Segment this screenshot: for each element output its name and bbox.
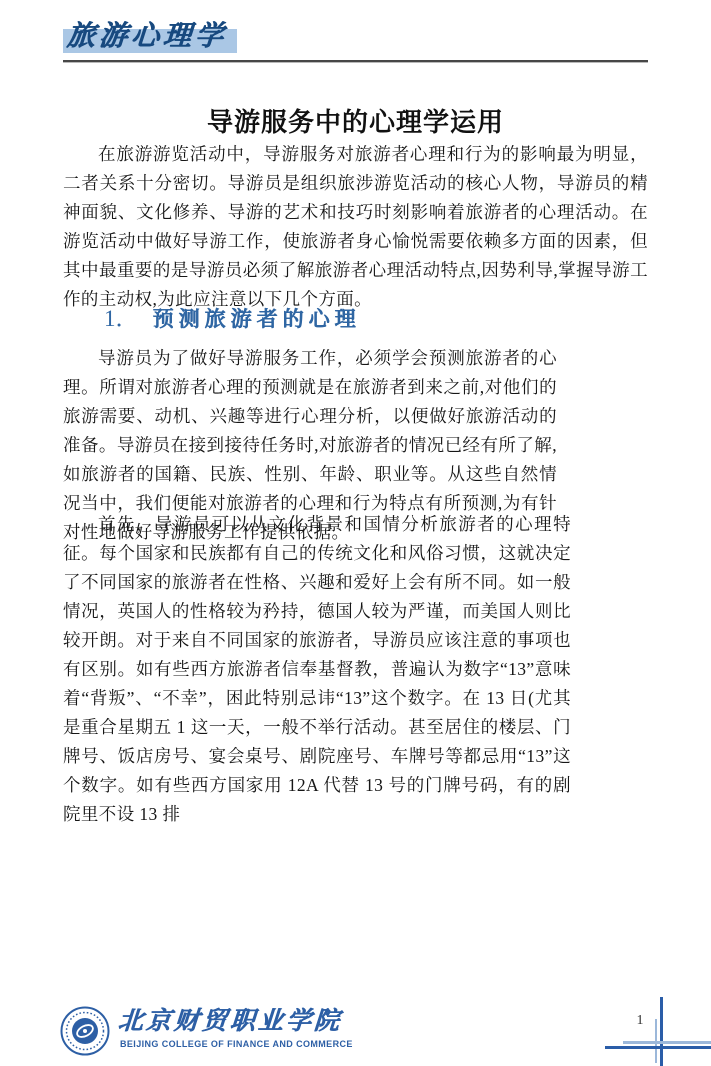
body-paragraph-intro: 在旅游游览活动中，导游服务对旅游者心理和行为的影响最为明显，二者关系十分密切。导…: [63, 140, 648, 314]
header-divider: [63, 60, 648, 63]
college-name-chinese: 北京财贸职业学院: [117, 1001, 344, 1037]
page-title: 导游服务中的心理学运用: [0, 102, 711, 139]
college-emblem-icon: [60, 1006, 110, 1056]
section-title: 预测旅游者的心理: [153, 306, 361, 331]
corner-vertical-line-dark: [660, 997, 663, 1066]
corner-horizontal-line-light: [623, 1041, 711, 1044]
body-paragraph-culture: 首先，导游员可以从文化背景和国情分析旅游者的心理特征。每个国家和民族都有自己的传…: [63, 510, 571, 829]
section-heading: 1．预测旅游者的心理: [104, 300, 361, 333]
section-number: 1．: [104, 306, 139, 331]
document-page: 旅游心理学 导游服务中的心理学运用 在旅游游览活动中，导游服务对旅游者心理和行为…: [0, 0, 711, 1066]
masthead-brand-title: 旅游心理学: [66, 14, 289, 54]
page-number: 1: [630, 1013, 650, 1029]
college-name-english: BEIJING COLLEGE OF FINANCE AND COMMERCE: [120, 1039, 353, 1049]
corner-horizontal-line-dark: [605, 1046, 711, 1049]
